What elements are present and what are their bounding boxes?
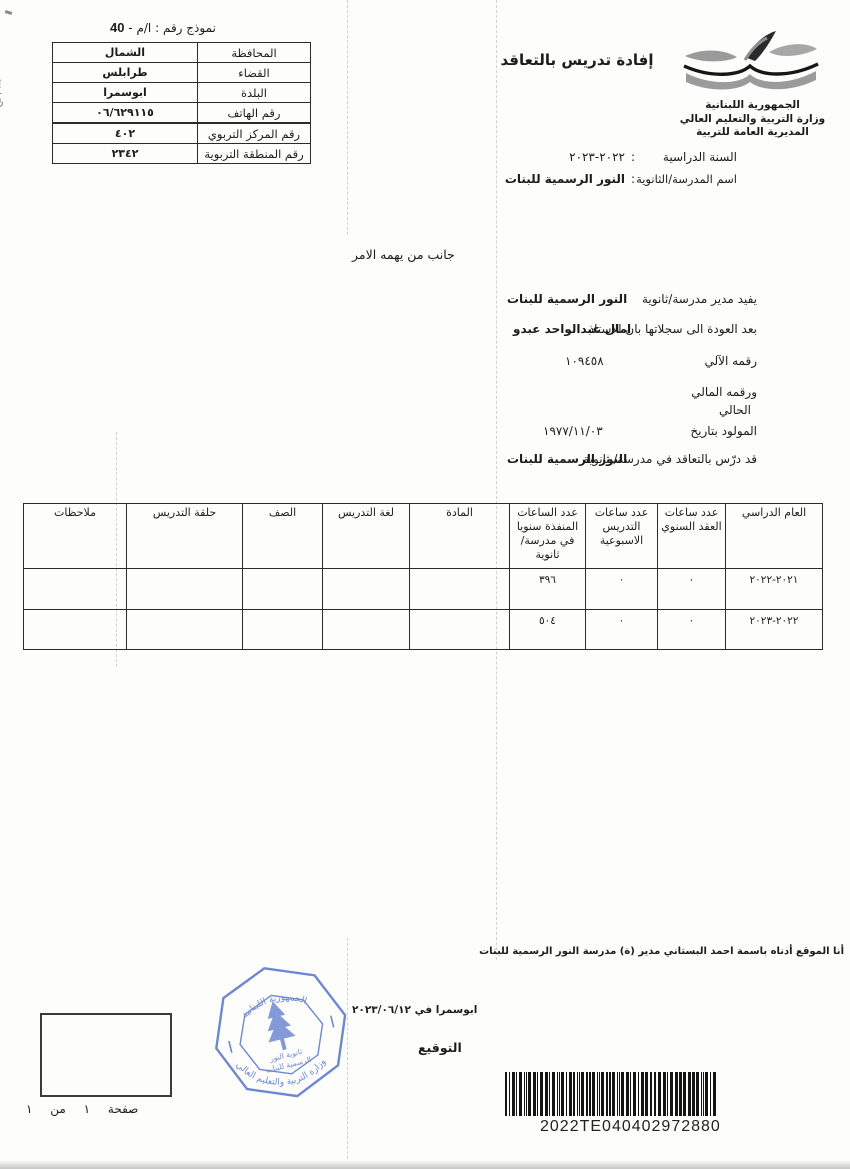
table-row: البلدة ابوسمرا <box>53 83 311 103</box>
meta-value: طرابلس <box>53 63 198 83</box>
col-teaching-cycle: حلقة التدريس <box>127 504 243 569</box>
table-header-row: العام الدراسي عدد ساعات العقد السنوي عدد… <box>24 504 823 569</box>
ministry-name: وزارة التربية والتعليم العالي <box>655 113 850 127</box>
scan-speck <box>5 10 13 15</box>
meta-value: الشمال <box>53 43 198 63</box>
form-model-separator: : <box>155 21 159 35</box>
form-model-number-line: نموذج رقم : ا/م - 40 <box>110 20 216 35</box>
cell-language <box>323 610 410 650</box>
body-line1-label: يفيد مدير مدرسة/ثانوية <box>642 292 757 306</box>
document-title: إفادة تدريس بالتعاقد <box>492 51 662 69</box>
cell-notes <box>24 610 127 650</box>
cell-annual-contract-hours: ٠ <box>658 610 726 650</box>
table-row: القضاء طرابلس <box>53 63 311 83</box>
directorate-name: المديرية العامة للتربية <box>655 126 850 140</box>
addressee-line: جانب من يهمه الامر <box>352 247 455 262</box>
cell-weekly-hours: ٠ <box>586 610 658 650</box>
barcode <box>505 1072 745 1116</box>
financial-number-label: ورقمه المالي <box>691 385 757 399</box>
meta-label: البلدة <box>198 83 311 103</box>
academic-year-label: السنة الدراسية <box>641 150 737 164</box>
col-executed-hours: عدد الساعات المنفذة سنويا في مدرسة/ثانوي… <box>510 504 586 569</box>
teaching-hours-table: العام الدراسي عدد ساعات العقد السنوي عدد… <box>23 503 823 650</box>
col-annual-contract-hours: عدد ساعات العقد السنوي <box>658 504 726 569</box>
cell-cycle <box>127 610 243 650</box>
cell-annual-contract-hours: ٠ <box>658 569 726 610</box>
form-model-value: 40 <box>110 20 124 35</box>
cell-grade <box>243 610 323 650</box>
col-teaching-language: لغة التدريس <box>323 504 410 569</box>
col-weekly-teaching-hours: عدد ساعات التدريس الاسبوعية <box>586 504 658 569</box>
birth-date-value: ١٩٧٧/١١/٠٣ <box>543 424 603 438</box>
financial-number-label-2: الحالي <box>719 403 751 417</box>
taught-at-school-value: النور الرسمية للبنات <box>507 452 627 466</box>
col-notes: ملاحظات <box>24 504 127 569</box>
cell-executed-hours: ٣٩٦ <box>510 569 586 610</box>
school-name-row: اسم المدرسة/الثانوية : النور الرسمية للب… <box>505 172 737 186</box>
scanned-document-page: { "form": { "model_label": "نموذج رقم", … <box>0 0 850 1169</box>
col-grade: الصف <box>243 504 323 569</box>
location-meta-table: المحافظة الشمال القضاء طرابلس البلدة ابو… <box>52 42 311 164</box>
meta-value: ٢٣٤٢ <box>53 144 198 164</box>
academic-year-value: ٢٠٢٢-٢٠٢٣ <box>569 150 625 164</box>
teacher-name: امال عبدالواحد عبدو <box>513 322 631 336</box>
cell-year: ٢٠٢٢-٢٠٢٣ <box>726 610 823 650</box>
cell-weekly-hours: ٠ <box>586 569 658 610</box>
signature-label: التوقيع <box>418 1040 462 1055</box>
school-name-bold: النور الرسمية للبنات <box>507 292 627 306</box>
empty-photo-box <box>40 1013 172 1097</box>
open-book-logo-icon <box>681 30 821 96</box>
cell-grade <box>243 569 323 610</box>
table-row: رقم المنطقة التربوية ٢٣٤٢ <box>53 144 311 164</box>
official-octagonal-stamp-icon: الجمهورية اللبنانية وزارة التربية والتعل… <box>190 942 377 1143</box>
cell-executed-hours: ٥٠٤ <box>510 610 586 650</box>
cell-subject <box>410 569 510 610</box>
table-row: رقم الهاتف ٠٦/٦٢٩١١٥ <box>53 103 311 124</box>
barcode-bars <box>505 1072 745 1116</box>
barcode-number: 2022TE040402972880 <box>540 1118 721 1136</box>
page-number: صفحة ١ من ١ <box>26 1102 138 1116</box>
cell-subject <box>410 610 510 650</box>
school-name-value: النور الرسمية للبنات <box>505 172 625 186</box>
school-name-label: اسم المدرسة/الثانوية <box>641 172 737 186</box>
form-model-code: ا/م - <box>128 21 151 35</box>
table-row: ٢٠٢١-٢٠٢٢ ٠ ٠ ٣٩٦ <box>24 569 823 610</box>
meta-label: المحافظة <box>198 43 311 63</box>
fold-line-left-top <box>347 0 348 235</box>
computer-number-value: ١٠٩٤٥٨ <box>565 354 604 368</box>
meta-label: رقم المنطقة التربوية <box>198 144 311 164</box>
birth-date-label: المولود بتاريخ <box>690 424 757 438</box>
ministry-header: الجمهورية اللبنانية وزارة التربية والتعل… <box>655 99 850 140</box>
republic-name: الجمهورية اللبنانية <box>655 99 850 113</box>
meta-value: ٤٠٢ <box>53 123 198 144</box>
computer-number-label: رقمه الآلي <box>704 354 757 368</box>
director-statement: أنا الموقع أدناه باسمة احمد البستاني مدي… <box>479 946 844 957</box>
cell-cycle <box>127 569 243 610</box>
table-row: ٢٠٢٢-٢٠٢٣ ٠ ٠ ٥٠٤ <box>24 610 823 650</box>
place-and-date: ابوسمرا في ٢٠٢٣/٠٦/١٢ <box>352 1004 477 1016</box>
academic-year-row: السنة الدراسية : ٢٠٢٢-٢٠٢٣ <box>569 150 737 164</box>
table-row: المحافظة الشمال <box>53 43 311 63</box>
form-model-label: نموذج رقم <box>163 21 216 35</box>
cell-year: ٢٠٢١-٢٠٢٢ <box>726 569 823 610</box>
separator-colon: : <box>625 150 641 164</box>
cell-language <box>323 569 410 610</box>
scan-bottom-edge <box>0 1161 850 1169</box>
meta-label: رقم الهاتف <box>198 103 311 124</box>
table-row: رقم المركز التربوي ٤٠٢ <box>53 123 311 144</box>
meta-label: القضاء <box>198 63 311 83</box>
meta-label: رقم المركز التربوي <box>198 123 311 144</box>
meta-value: ٠٦/٦٢٩١١٥ <box>53 103 198 124</box>
col-academic-year: العام الدراسي <box>726 504 823 569</box>
fold-line-center <box>496 0 497 960</box>
separator-colon: : <box>625 172 641 186</box>
meta-value: ابوسمرا <box>53 83 198 103</box>
col-subject: المادة <box>410 504 510 569</box>
margin-handwritten-note: ٨٤ / مح <box>0 78 4 107</box>
cell-notes <box>24 569 127 610</box>
